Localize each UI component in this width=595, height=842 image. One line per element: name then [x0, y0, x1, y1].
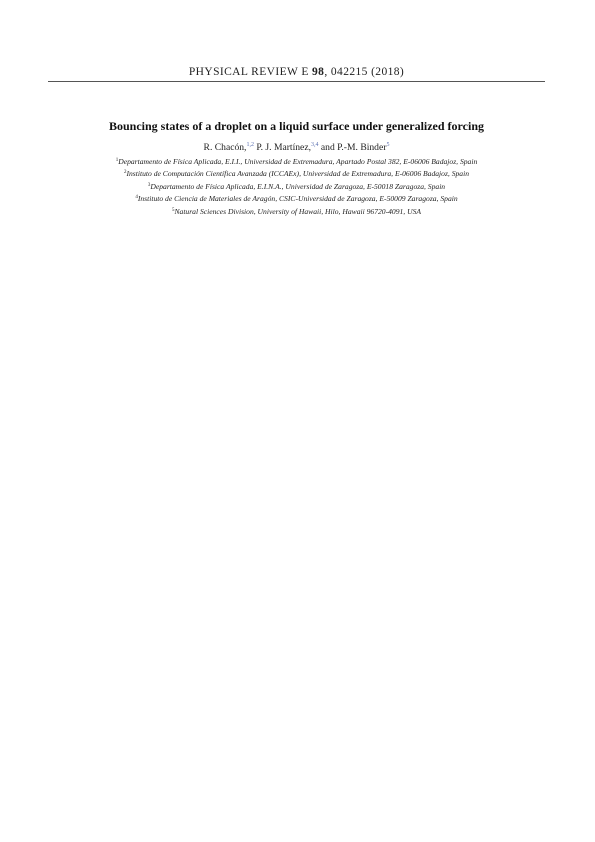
affiliation: 4Instituto de Ciencia de Materiales de A…: [48, 192, 545, 204]
affiliation: 2Instituto de Computación Científica Ava…: [48, 167, 545, 179]
affiliation: 5Natural Sciences Division, University o…: [48, 205, 545, 217]
author-affiliation-link[interactable]: 5: [386, 142, 389, 148]
affiliation-text: Natural Sciences Division, University of…: [174, 207, 421, 216]
affiliation-text: Departamento de Física Aplicada, E.I.I.,…: [118, 157, 477, 166]
paper-title: Bouncing states of a droplet on a liquid…: [48, 119, 545, 134]
affiliation-text: Departamento de Física Aplicada, E.I.N.A…: [150, 182, 445, 191]
running-header: PHYSICAL REVIEW E 98, 042215 (2018): [48, 66, 545, 78]
affiliation: 3Departamento de Física Aplicada, E.I.N.…: [48, 180, 545, 192]
journal-volume: 98: [312, 66, 324, 78]
article-citation: , 042215 (2018): [324, 66, 404, 78]
affiliation-list: 1Departamento de Física Aplicada, E.I.I.…: [48, 155, 545, 217]
author-name: and P.-M. Binder: [318, 142, 386, 153]
journal-name: PHYSICAL REVIEW E: [189, 66, 309, 78]
author-affiliation-link[interactable]: 1,2: [246, 142, 254, 148]
author-list: R. Chacón,1,2 P. J. Martínez,3,4 and P.-…: [48, 142, 545, 153]
header-rule: [48, 81, 545, 82]
affiliation-text: Instituto de Computación Científica Avan…: [126, 169, 469, 178]
affiliation-text: Instituto de Ciencia de Materiales de Ar…: [138, 194, 458, 203]
author-name: P. J. Martínez,: [254, 142, 311, 153]
author-name: R. Chacón,: [204, 142, 247, 153]
affiliation: 1Departamento de Física Aplicada, E.I.I.…: [48, 155, 545, 167]
